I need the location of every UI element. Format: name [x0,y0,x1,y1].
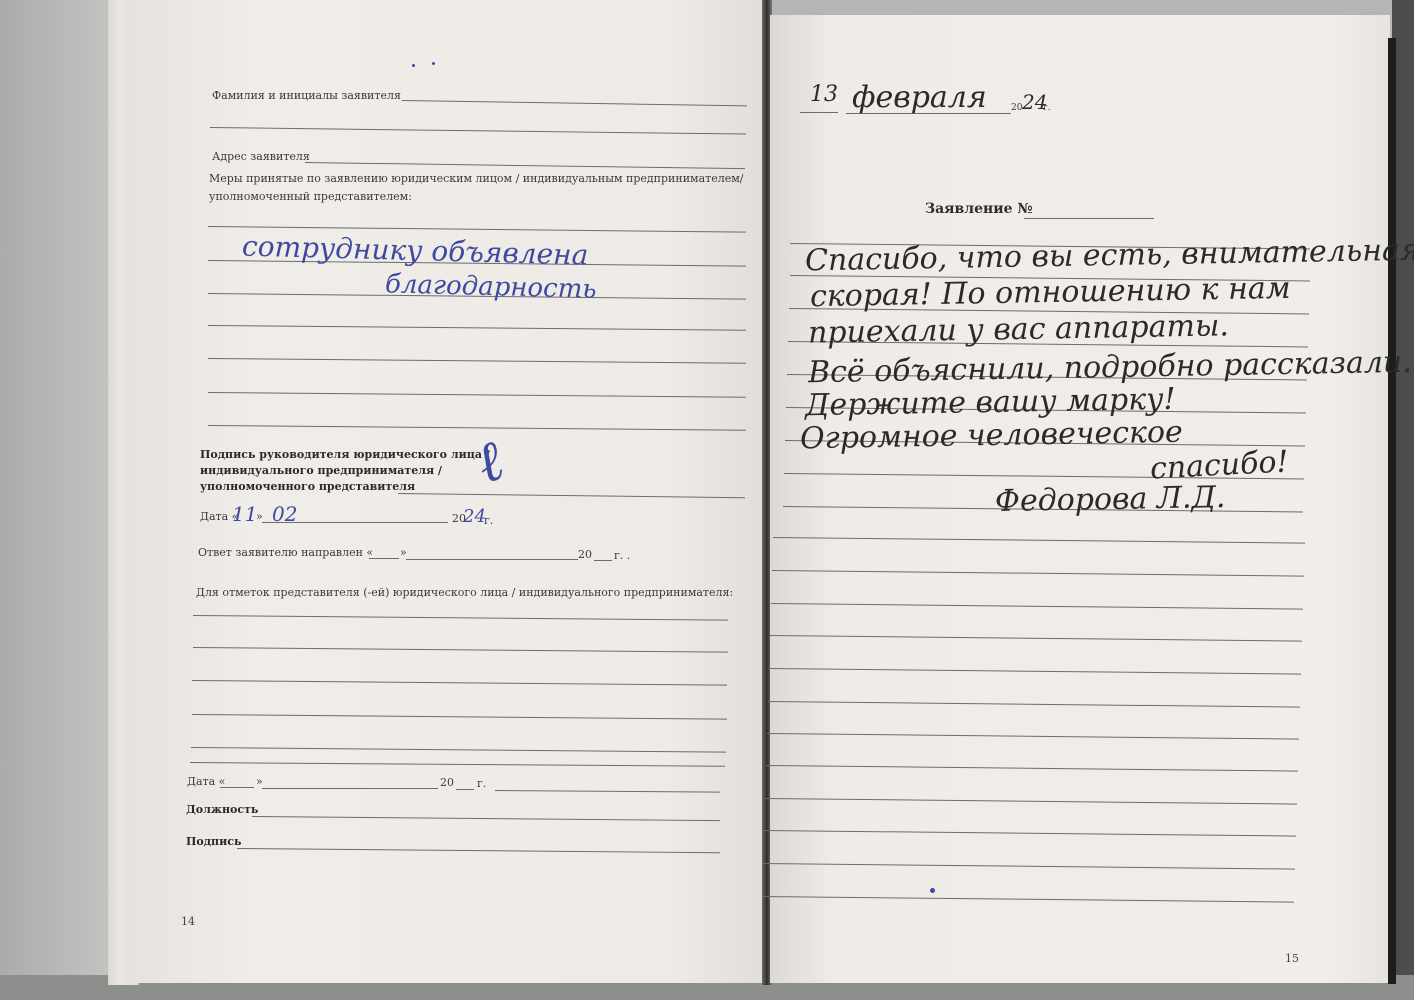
applicant-signature: Федорова Л.Д. [995,480,1226,519]
right-page-edge [1388,38,1396,984]
reply-day-field[interactable] [369,558,399,559]
ink-dot [432,62,435,65]
handwriting-line-3: приехали у вас аппараты. [808,308,1229,350]
date-year-suffix: г. [484,514,493,527]
date2-year: 20 [440,776,454,789]
right-date-month: февраля [852,80,987,115]
left-page-number: 14 [181,915,195,928]
position-label: Должность [186,803,258,816]
date2-year-field[interactable] [456,789,474,790]
ink-dot [930,888,935,893]
sign-label: Подпись [186,835,241,848]
date2-suffix: г. [477,777,486,790]
date2-day-field[interactable] [220,787,254,788]
measures-label-line1: Меры принятые по заявлению юридическим л… [209,172,744,185]
reply-close: » [400,546,407,559]
reply-label: Ответ заявителю направлен « [198,546,373,559]
date-year: 24 [463,506,486,527]
signature-label-line2: индивидуального предпринимателя / [200,464,442,477]
signature-label-line1: Подпись руководителя юридического лица / [200,448,490,461]
measures-handwriting-line2: благодарность [385,269,597,305]
date-month-field[interactable] [262,522,448,523]
reply-suffix: г. . [614,549,630,562]
reply-month-field[interactable] [406,559,578,560]
right-date-day-field[interactable] [800,112,838,113]
right-date-day: 13 [810,82,838,107]
date2-close: » [256,775,263,788]
reply-year: 20 [578,548,592,561]
date-day: 11 [232,502,257,526]
application-number-field[interactable] [1024,218,1154,219]
right-date-year-prefix: 20 [1011,103,1022,113]
reply-year-field[interactable] [594,560,612,561]
handwriting-line-6: Огромное человеческое [800,415,1183,457]
right-page-number: 15 [1285,952,1299,965]
ink-dot [412,64,415,67]
signature-label-line3: уполномоченного представителя [200,480,415,493]
measures-label-line2: уполномоченный представителем: [209,190,412,203]
application-title: Заявление № [925,201,1033,217]
applicant-address-label: Адрес заявителя [212,150,310,163]
background-left [0,0,120,1000]
date2-month-field[interactable] [262,788,438,789]
right-date-year-suffix: г. [1043,103,1051,113]
notes-label: Для отметок представителя (-ей) юридичес… [196,586,733,599]
applicant-name-label: Фамилия и инициалы заявителя [212,89,401,102]
